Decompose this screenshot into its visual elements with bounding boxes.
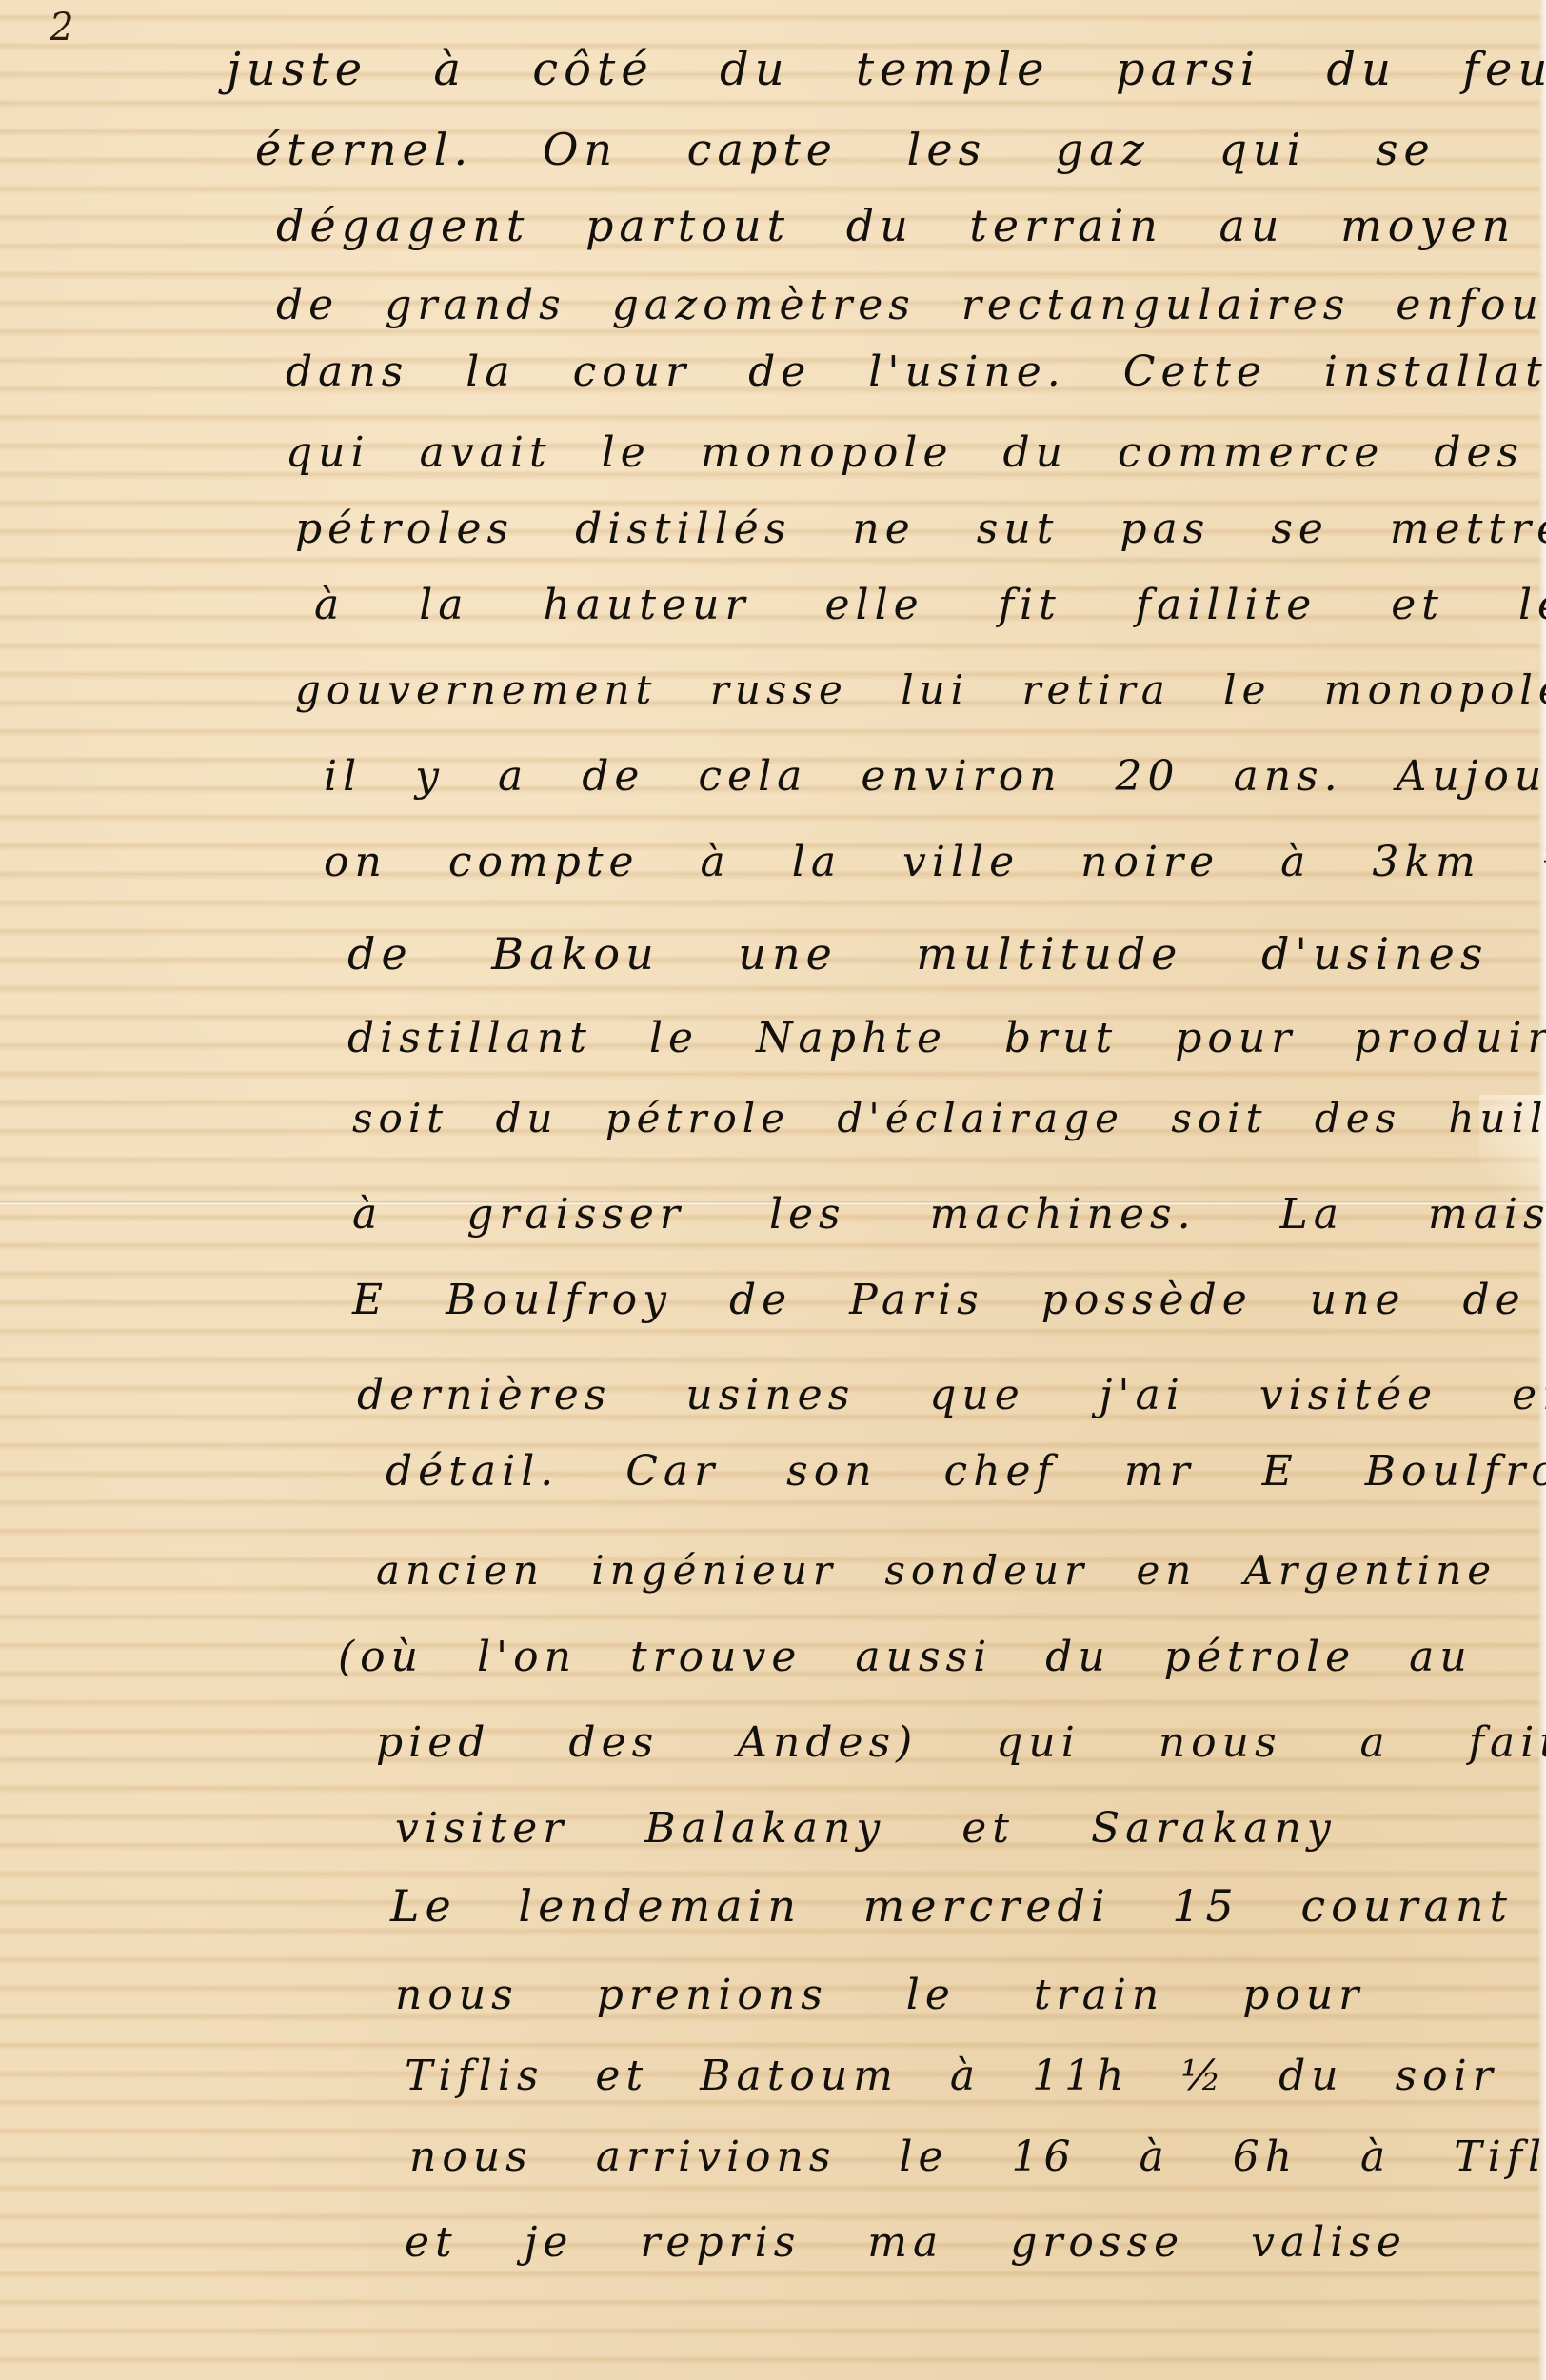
handwritten-line-21: pied des Andes) qui nous a fait	[376, 1718, 1546, 1767]
handwritten-line-20: (où l'on trouve aussi du pétrole au	[338, 1633, 1473, 1681]
handwritten-line-3: dégagent partout du terrain au moyen	[276, 200, 1516, 251]
page-number: 2	[50, 6, 73, 50]
handwritten-line-27: et je repris ma grosse valise	[405, 2218, 1407, 2267]
handwritten-line-11: on compte à la ville noire à 3km ½	[324, 838, 1546, 886]
handwritten-line-5: dans la cour de l'usine. Cette installat…	[286, 347, 1546, 396]
handwritten-line-2: éternel. On capte les gaz qui se	[255, 124, 1436, 175]
handwritten-line-14: soit du pétrole d'éclairage soit des hui…	[352, 1095, 1546, 1141]
handwritten-line-13: distillant le Naphte brut pour produire	[347, 1014, 1546, 1062]
handwritten-line-4: de grands gazomètres rectangulaires enfo…	[276, 281, 1546, 329]
handwritten-line-10: il y a de cela environ 20 ans. Aujourd'h…	[324, 752, 1546, 801]
handwritten-line-6: qui avait le monopole du commerce des	[286, 428, 1524, 477]
handwritten-line-15: à graisser les machines. La maison	[352, 1190, 1546, 1239]
letter-page: 2 juste à côté du temple parsi du feu ét…	[0, 0, 1546, 2380]
handwritten-line-25: Tiflis et Batoum à 11h ½ du soir	[405, 2052, 1498, 2100]
handwritten-line-23: Le lendemain mercredi 15 courant	[390, 1880, 1513, 1932]
handwritten-line-7: pétroles distillés ne sut pas se mettre	[295, 505, 1546, 553]
handwritten-line-1: juste à côté du temple parsi du feu	[227, 43, 1546, 96]
handwritten-line-12: de Bakou une multitude d'usines	[347, 928, 1488, 980]
handwritten-line-19: ancien ingénieur sondeur en Argentine	[376, 1547, 1496, 1594]
handwritten-line-8: à la hauteur elle fit faillite et le	[314, 581, 1546, 629]
handwritten-line-17: dernières usines que j'ai visitée en	[357, 1371, 1546, 1419]
handwritten-line-22: visiter Balakany et Sarakany	[395, 1804, 1337, 1853]
handwritten-line-18: détail. Car son chef mr E Boulfroy	[386, 1447, 1546, 1496]
handwritten-line-26: nous arrivions le 16 à 6h à Tiflis	[409, 2132, 1546, 2181]
handwritten-line-16: E Boulfroy de Paris possède une de ces	[352, 1276, 1546, 1324]
handwritten-line-24: nous prenions le train pour	[395, 1971, 1364, 2019]
handwritten-line-9: gouvernement russe lui retira le monopol…	[295, 666, 1546, 713]
